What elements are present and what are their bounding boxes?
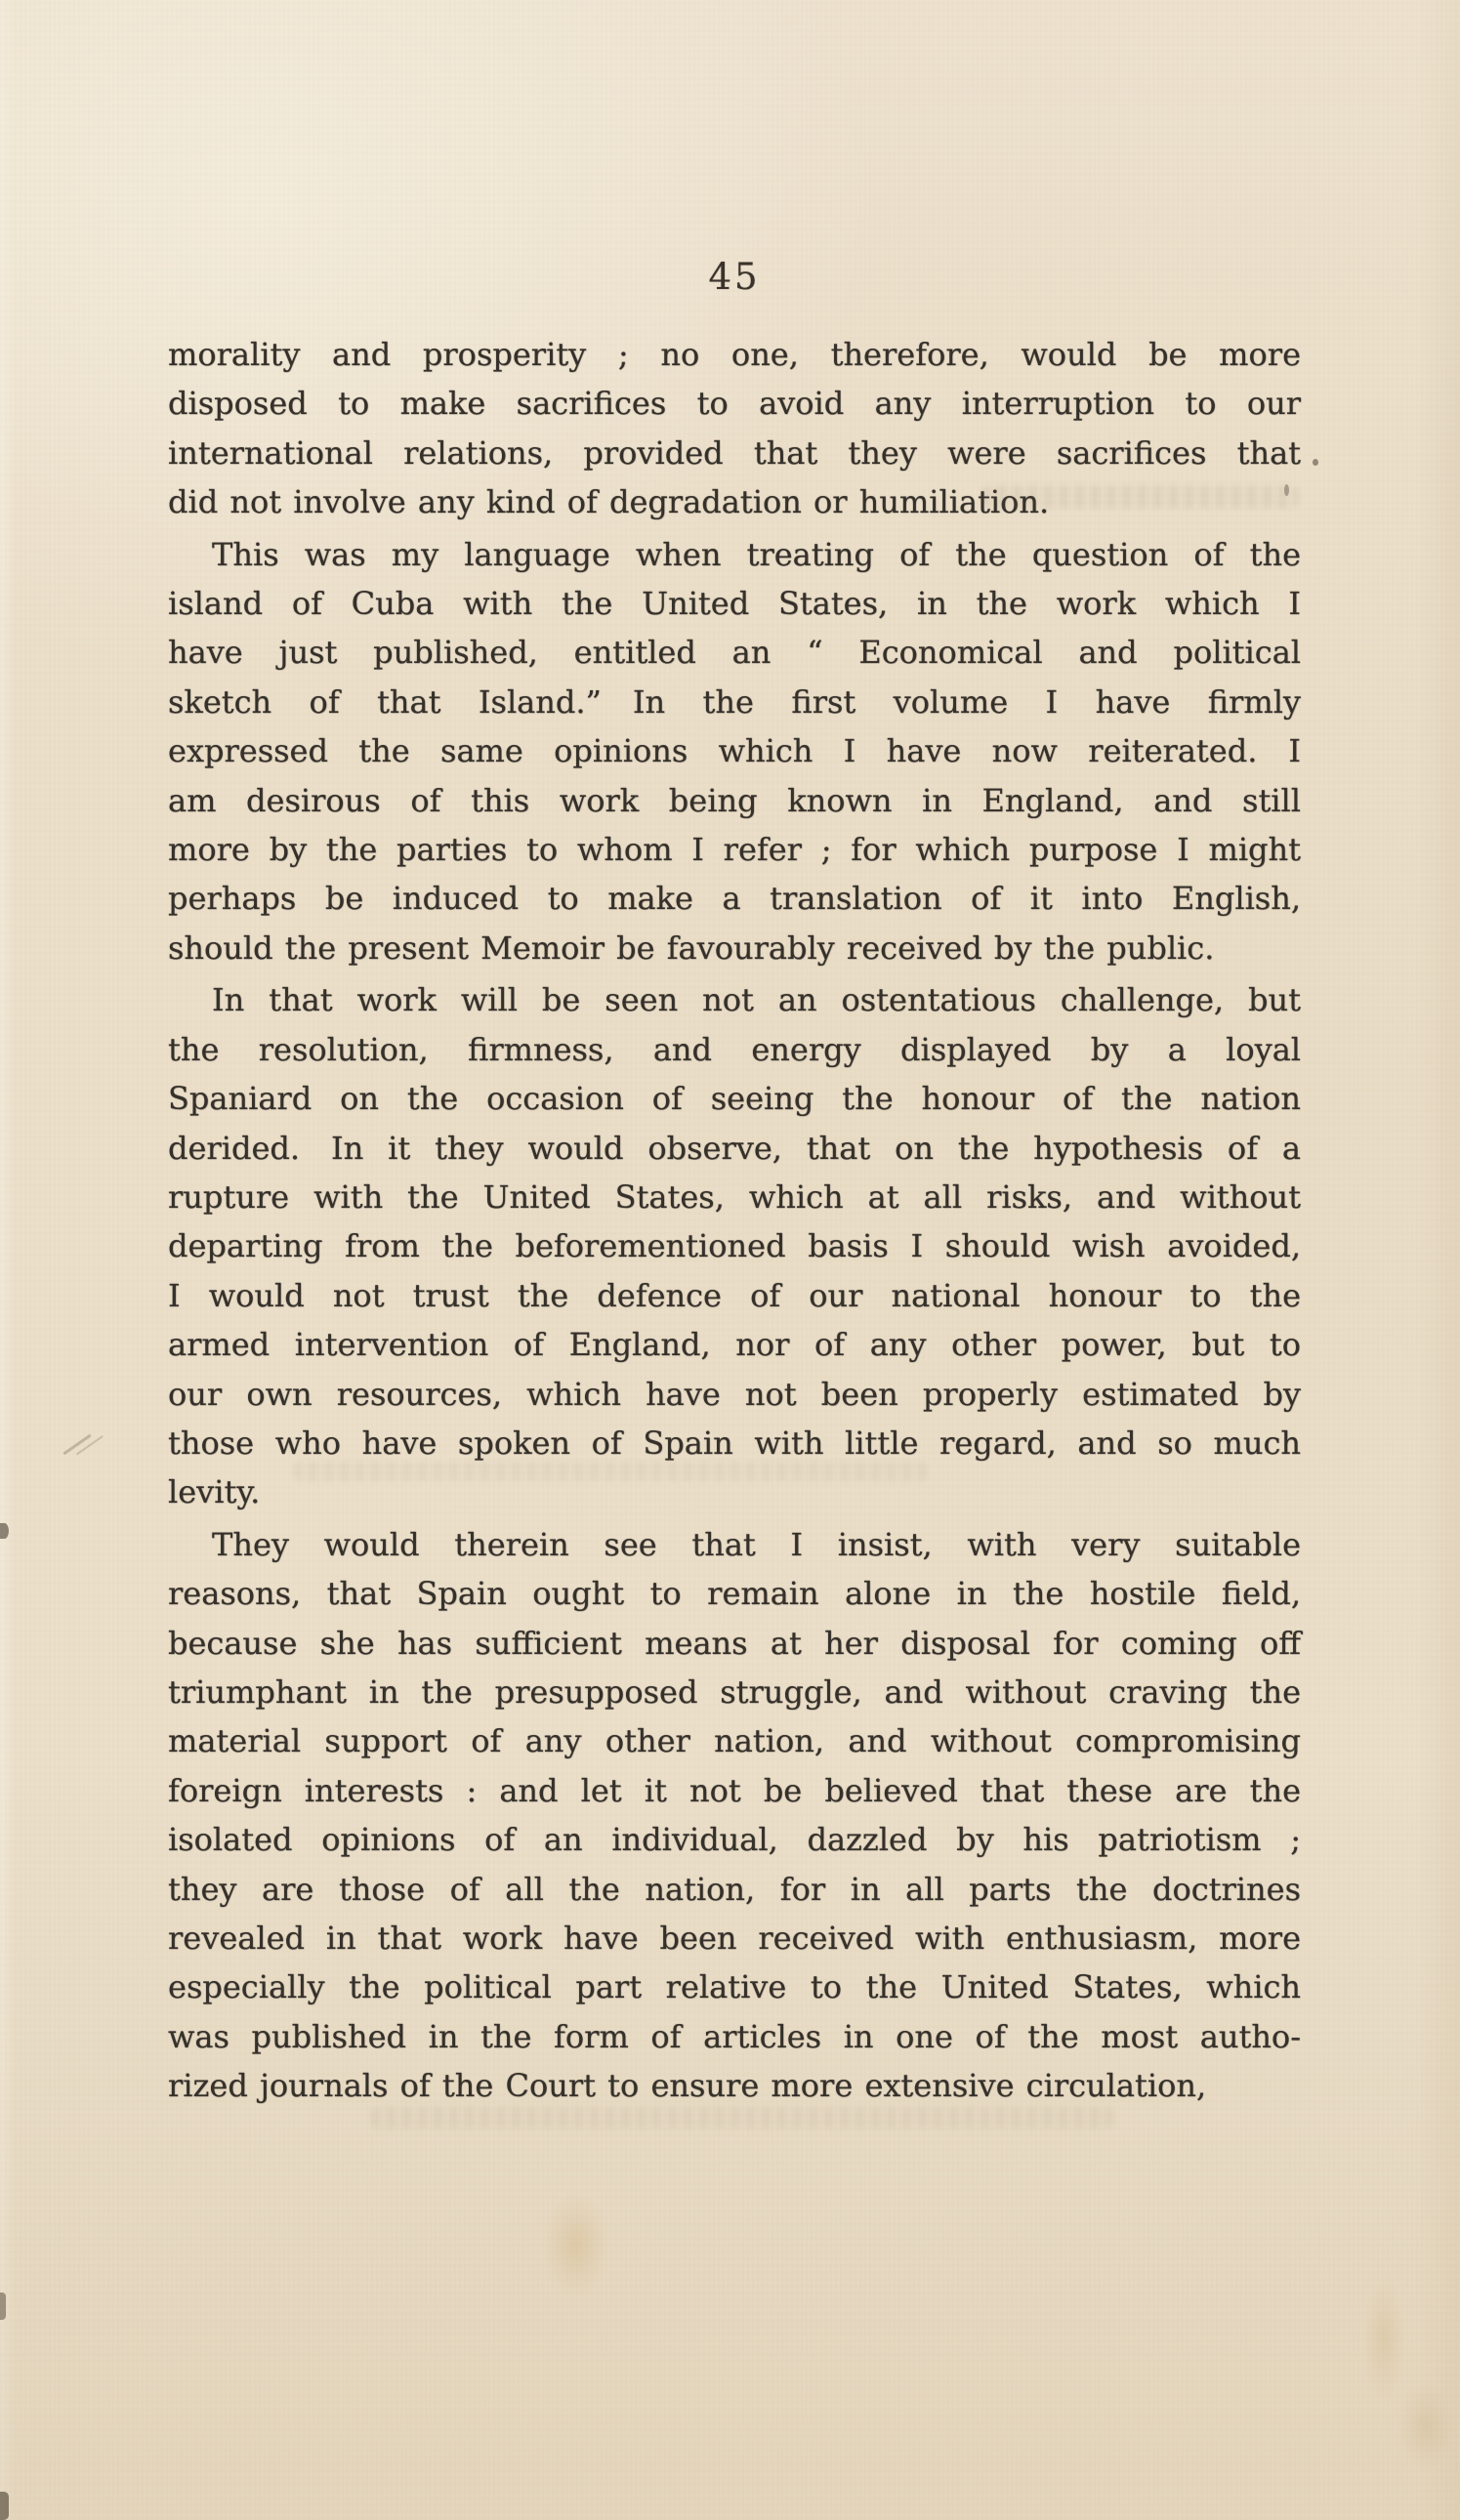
page-number: 45 <box>168 256 1301 298</box>
text-line: levity. <box>168 1467 1301 1516</box>
text-line: those who have spoken of Spain with litt… <box>168 1419 1301 1467</box>
text-line: our own resources, which have not been p… <box>168 1370 1301 1419</box>
paragraph: This was my language when treating of th… <box>168 530 1301 973</box>
text-line: expressed the same opinions which I have… <box>168 726 1301 775</box>
text-line: foreign interests : and let it not be be… <box>168 1766 1301 1815</box>
text-line: am desirous of this work being known in … <box>168 776 1301 825</box>
text-line: international relations, provided that t… <box>168 429 1301 477</box>
text-line: I would not trust the defence of our nat… <box>168 1271 1301 1320</box>
text-line: the resolution, firmness, and energy dis… <box>168 1025 1301 1074</box>
text-line: This was my language when treating of th… <box>168 530 1301 579</box>
text-line: have just published, entitled an “ Econo… <box>168 628 1301 677</box>
text-line: rupture with the United States, which at… <box>168 1173 1301 1221</box>
paragraph: morality and prosperity ; no one, theref… <box>168 330 1301 527</box>
text-line: morality and prosperity ; no one, theref… <box>168 330 1301 379</box>
text-line: rized journals of the Court to ensure mo… <box>168 2061 1301 2110</box>
paper-stain <box>1362 2275 1406 2402</box>
text-line: reasons, that Spain ought to remain alon… <box>168 1569 1301 1618</box>
text-line: disposed to make sacrifices to avoid any… <box>168 379 1301 428</box>
paragraph: In that work will be seen not an ostenta… <box>168 975 1301 1516</box>
text-line: perhaps be induced to make a translation… <box>168 874 1301 923</box>
text-line: because she has sufficient means at her … <box>168 1619 1301 1668</box>
page-edge-mark <box>0 2492 9 2520</box>
text-line: sketch of that Island.” In the first vol… <box>168 678 1301 726</box>
text-line: was published in the form of articles in… <box>168 2012 1301 2061</box>
text-line: departing from the beforementioned basis… <box>168 1221 1301 1270</box>
text-line: did not involve any kind of degradation … <box>168 477 1301 526</box>
text-line: more by the parties to whom I refer ; fo… <box>168 825 1301 874</box>
text-line: Spaniard on the occasion of seeing the h… <box>168 1074 1301 1123</box>
ink-speck <box>0 1523 9 1539</box>
text-line: triumphant in the presupposed struggle, … <box>168 1668 1301 1716</box>
page-edge-mark <box>0 2293 6 2320</box>
book-page: 45 morality and prosperity ; no one, the… <box>0 0 1460 2520</box>
paper-stain <box>1397 2382 1455 2470</box>
text-line: In that work will be seen not an ostenta… <box>168 975 1301 1024</box>
pencil-scratch-mark <box>63 1434 92 1456</box>
page-text: morality and prosperity ; no one, theref… <box>168 330 1301 2114</box>
text-line: they are those of all the nation, for in… <box>168 1865 1301 1914</box>
text-line: derided. In it they would observe, that … <box>168 1124 1301 1173</box>
text-line: should the present Memoir be favourably … <box>168 924 1301 972</box>
text-line: material support of any other nation, an… <box>168 1716 1301 1765</box>
text-line: isolated opinions of an individual, dazz… <box>168 1815 1301 1864</box>
paper-stain <box>542 2192 610 2299</box>
text-line: They would therein see that I insist, wi… <box>168 1520 1301 1569</box>
text-line: armed intervention of England, nor of an… <box>168 1320 1301 1369</box>
text-line: revealed in that work have been received… <box>168 1914 1301 1962</box>
ink-speck <box>1313 459 1318 466</box>
text-line: especially the political part relative t… <box>168 1962 1301 2011</box>
paragraph: They would therein see that I insist, wi… <box>168 1520 1301 2111</box>
text-line: island of Cuba with the United States, i… <box>168 579 1301 628</box>
